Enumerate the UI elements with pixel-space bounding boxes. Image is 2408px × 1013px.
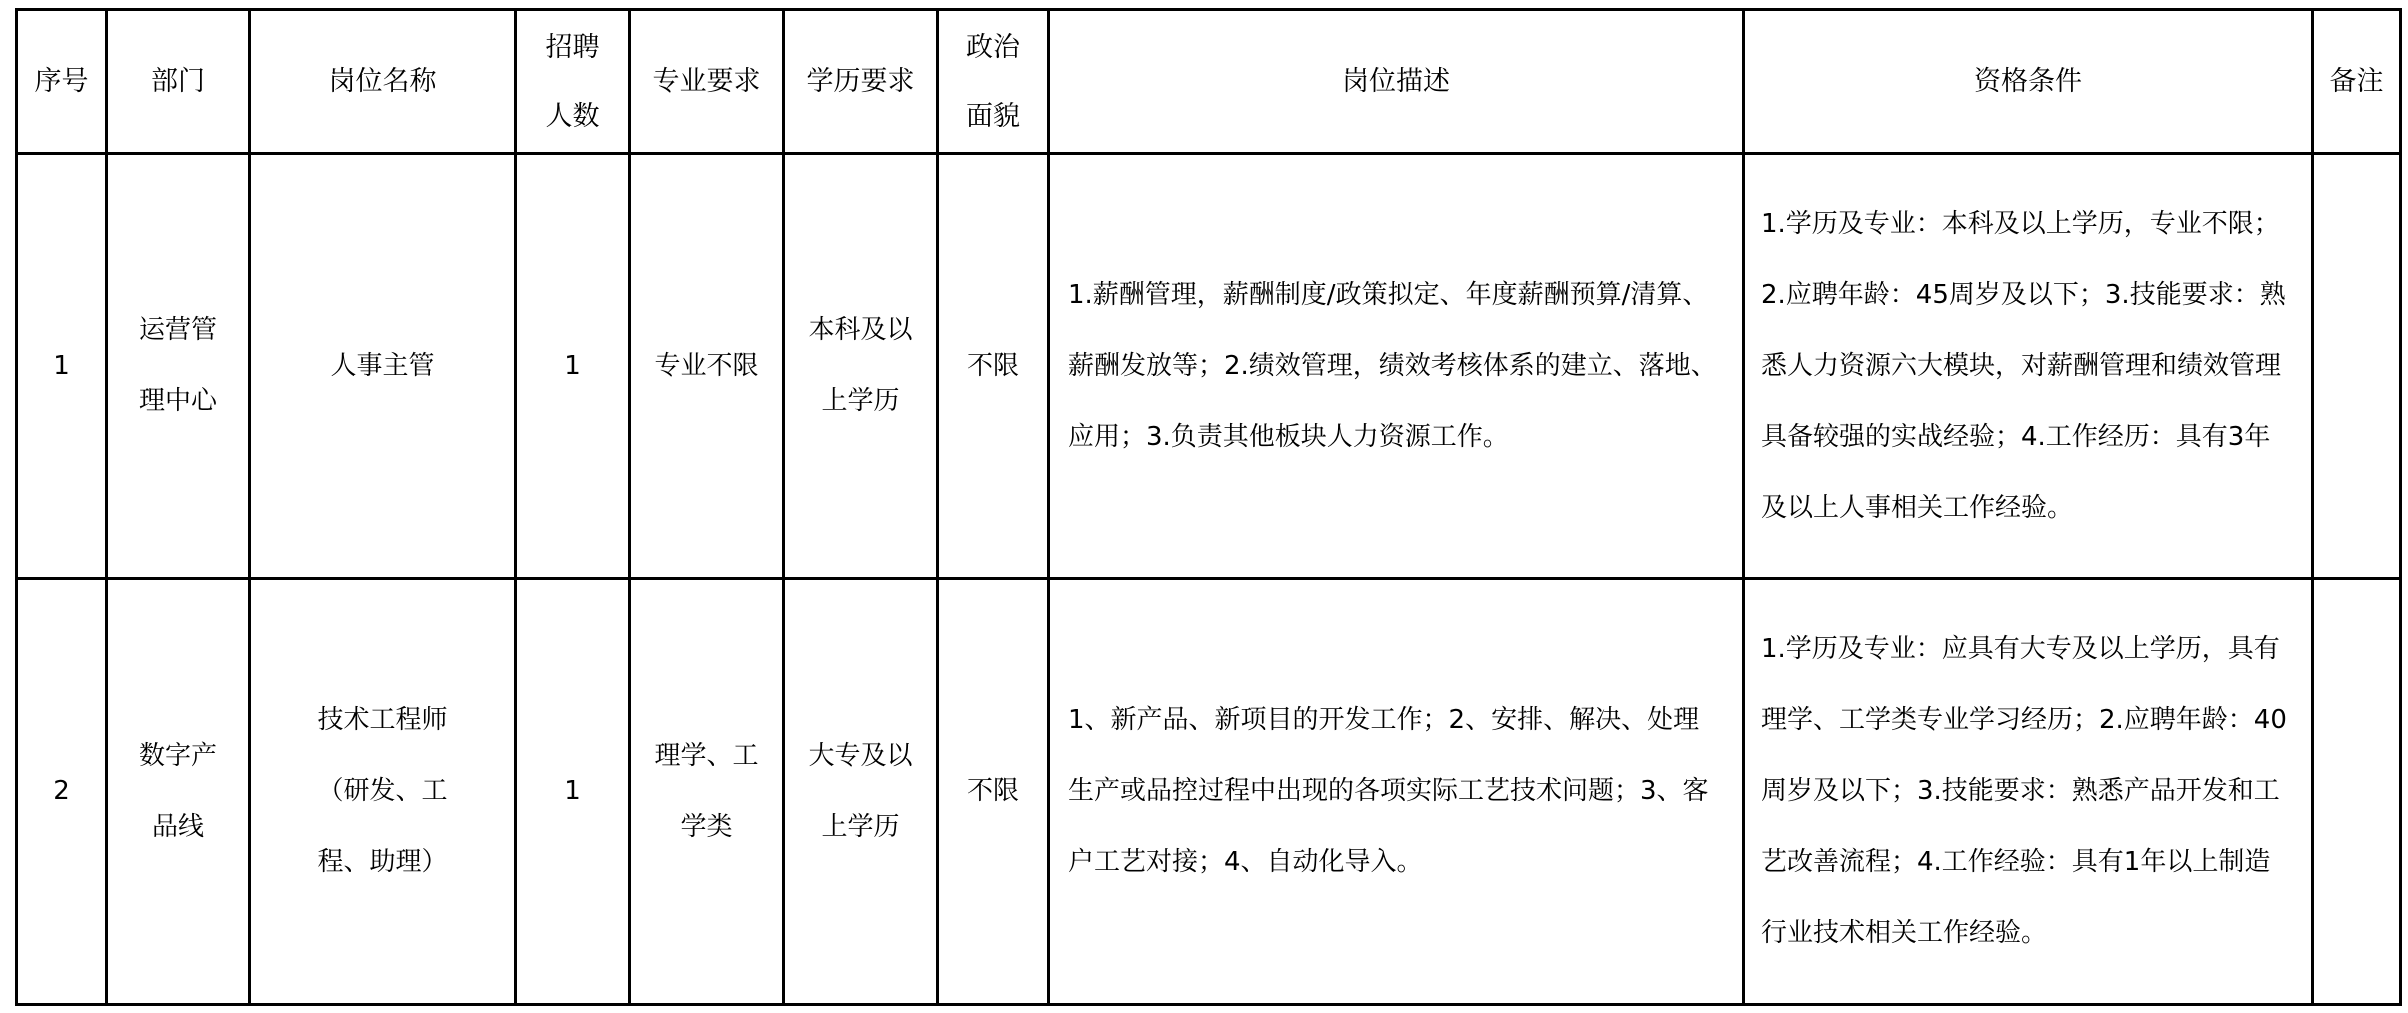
cell-department: 运营管理中心: [107, 154, 250, 579]
header-remarks: 备注: [2313, 10, 2401, 154]
major-value: 理学、工学类: [655, 721, 759, 863]
political-value: 不限: [967, 331, 1019, 402]
index-value: 2: [53, 756, 70, 827]
index-value: 1: [53, 331, 70, 402]
cell-major: 专业不限: [630, 154, 784, 579]
education-value: 本科及以上学历: [809, 295, 913, 437]
major-value: 专业不限: [654, 331, 758, 402]
header-headcount-label: 招聘人数: [543, 13, 602, 151]
cell-remarks: [2313, 154, 2401, 579]
department-value: 运营管理中心: [139, 295, 217, 437]
cell-description: 1、新产品、新项目的开发工作；2、安排、解决、处理生产或品控过程中出现的各项实际…: [1049, 579, 1744, 1005]
department-value: 数字产品线: [139, 721, 217, 863]
description-value: 1.薪酬管理，薪酬制度/政策拟定、年度薪酬预算/清算、薪酬发放等；2.绩效管理，…: [1068, 260, 1722, 473]
cell-description: 1.薪酬管理，薪酬制度/政策拟定、年度薪酬预算/清算、薪酬发放等；2.绩效管理，…: [1049, 154, 1744, 579]
education-value: 大专及以上学历: [809, 721, 913, 863]
cell-political: 不限: [938, 154, 1049, 579]
header-major: 专业要求: [630, 10, 784, 154]
cell-position: 人事主管: [250, 154, 516, 579]
cell-index: 2: [17, 579, 107, 1005]
cell-headcount: 1: [516, 579, 630, 1005]
cell-education: 本科及以上学历: [784, 154, 938, 579]
description-value: 1、新产品、新项目的开发工作；2、安排、解决、处理生产或品控过程中出现的各项实际…: [1068, 685, 1722, 898]
header-headcount: 招聘人数: [516, 10, 630, 154]
header-education-label: 学历要求: [807, 66, 915, 97]
cell-department: 数字产品线: [107, 579, 250, 1005]
header-major-label: 专业要求: [653, 66, 761, 97]
table-row: 1 运营管理中心 人事主管 1 专业不限 本科及以上学历 不限 1.薪酬管理，薪…: [17, 154, 2401, 579]
cell-index: 1: [17, 154, 107, 579]
cell-political: 不限: [938, 579, 1049, 1005]
political-value: 不限: [967, 756, 1019, 827]
header-political: 政治面貌: [938, 10, 1049, 154]
cell-position: 技术工程师（研发、工程、助理）: [250, 579, 516, 1005]
cell-education: 大专及以上学历: [784, 579, 938, 1005]
header-department: 部门: [107, 10, 250, 154]
cell-qualifications: 1.学历及专业：应具有大专及以上学历，具有理学、工学类专业学习经历；2.应聘年龄…: [1744, 579, 2313, 1005]
cell-headcount: 1: [516, 154, 630, 579]
header-position-label: 岗位名称: [329, 66, 437, 97]
header-remarks-label: 备注: [2330, 66, 2384, 97]
header-index: 序号: [17, 10, 107, 154]
headcount-value: 1: [564, 756, 581, 827]
cell-qualifications: 1.学历及专业：本科及以上学历，专业不限；2.应聘年龄：45周岁及以下；3.技能…: [1744, 154, 2313, 579]
header-education: 学历要求: [784, 10, 938, 154]
header-qualifications: 资格条件: [1744, 10, 2313, 154]
header-position: 岗位名称: [250, 10, 516, 154]
recruitment-table: 序号 部门 岗位名称 招聘人数 专业要求 学历要求 政治面貌 岗位描述 资格条件…: [15, 8, 2402, 1006]
position-value: 人事主管: [330, 331, 434, 402]
header-description: 岗位描述: [1049, 10, 1744, 154]
header-political-label: 政治面貌: [963, 13, 1022, 151]
qualifications-value: 1.学历及专业：应具有大专及以上学历，具有理学、工学类专业学习经历；2.应聘年龄…: [1761, 614, 2291, 969]
position-value: 技术工程师（研发、工程、助理）: [315, 685, 450, 898]
header-department-label: 部门: [151, 66, 205, 97]
headcount-value: 1: [564, 331, 581, 402]
header-index-label: 序号: [35, 66, 89, 97]
cell-major: 理学、工学类: [630, 579, 784, 1005]
header-qualifications-label: 资格条件: [1974, 66, 2082, 97]
qualifications-value: 1.学历及专业：本科及以上学历，专业不限；2.应聘年龄：45周岁及以下；3.技能…: [1761, 189, 2291, 544]
table-row: 2 数字产品线 技术工程师（研发、工程、助理） 1 理学、工学类 大专及以上学历…: [17, 579, 2401, 1005]
cell-remarks: [2313, 579, 2401, 1005]
header-description-label: 岗位描述: [1342, 66, 1450, 97]
header-row: 序号 部门 岗位名称 招聘人数 专业要求 学历要求 政治面貌 岗位描述 资格条件…: [17, 10, 2401, 154]
